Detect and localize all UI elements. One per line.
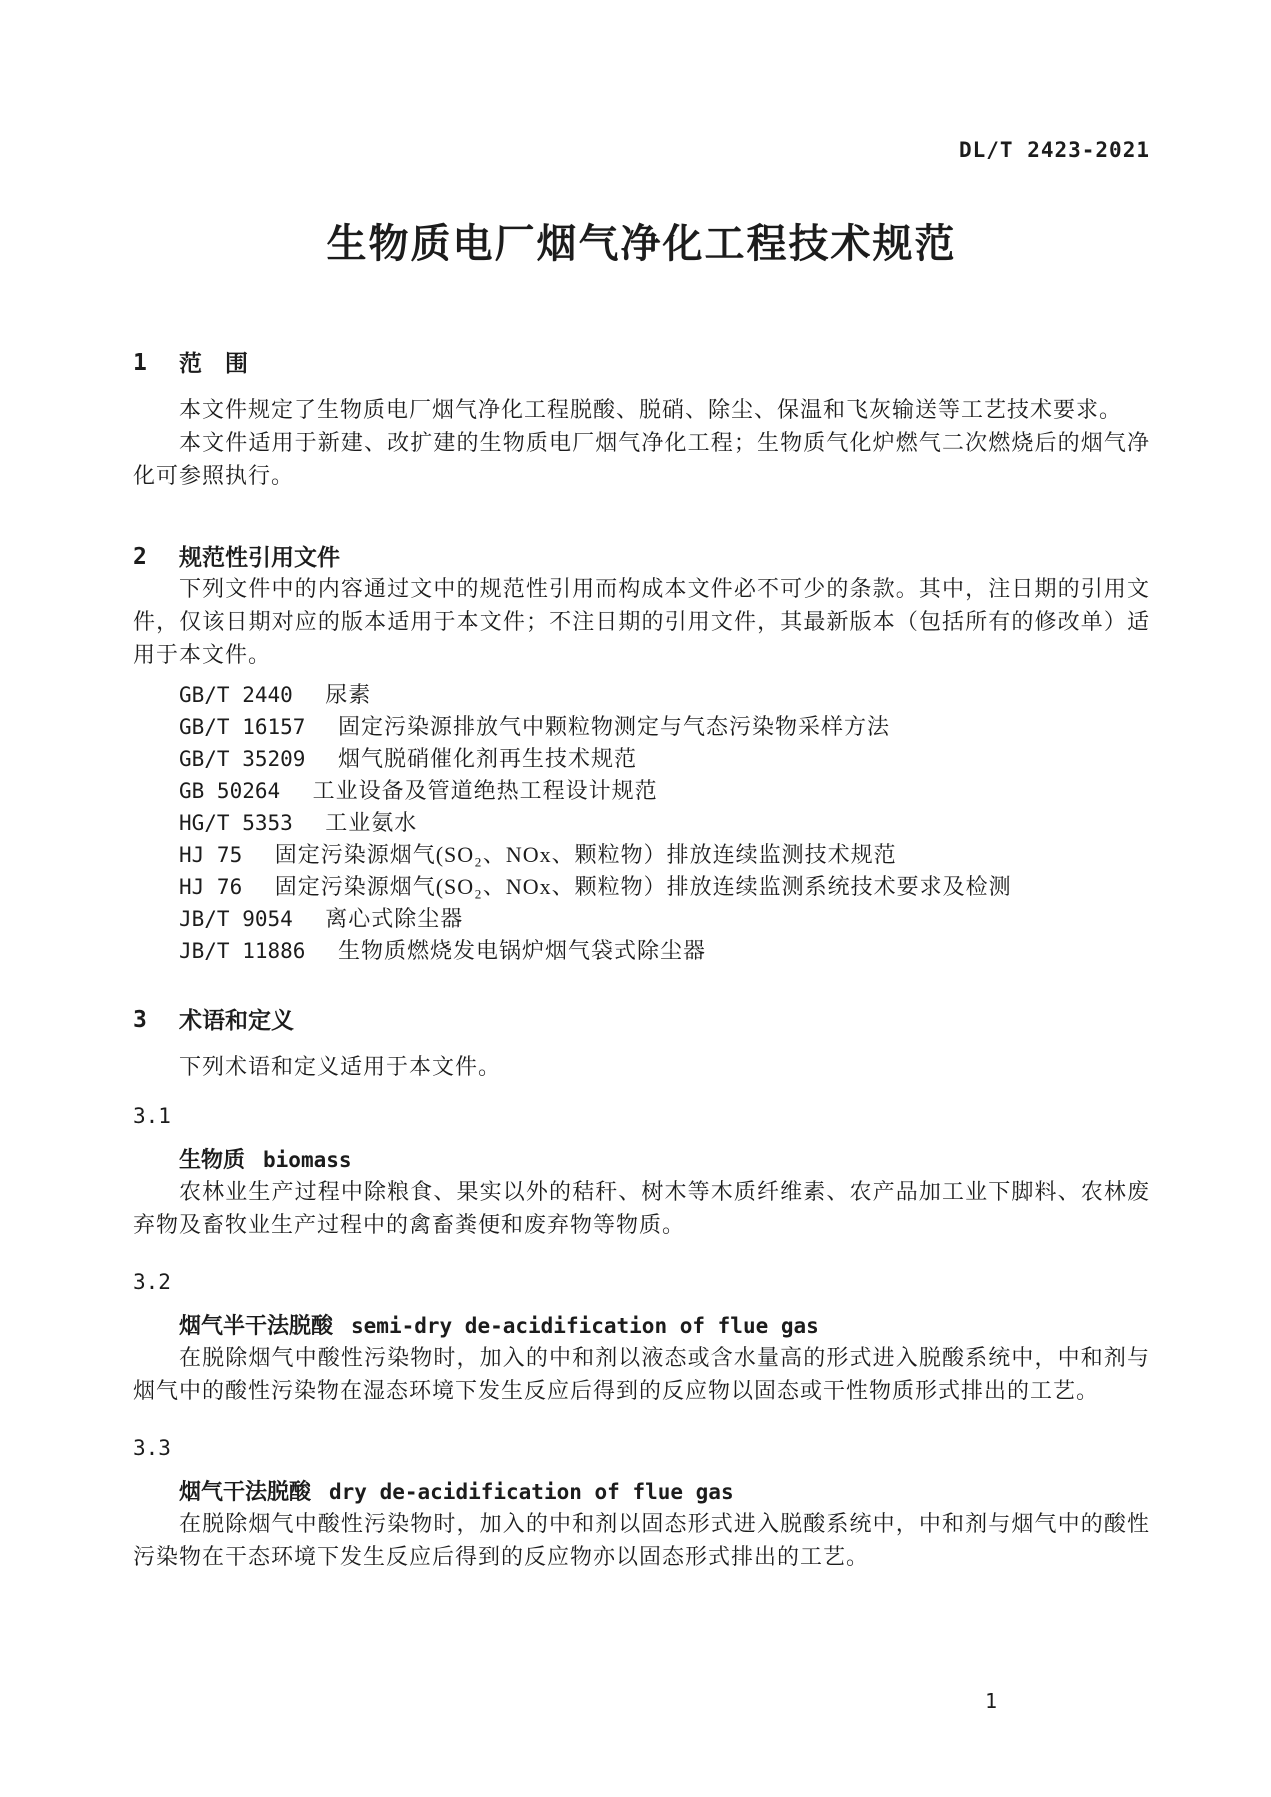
term-definition-block: 3.3 烟气干法脱酸dry de-acidification of flue g… xyxy=(133,1435,1150,1573)
reference-title: 工业设备及管道绝热工程设计规范 xyxy=(313,778,658,803)
term-name: 生物质biomass xyxy=(133,1145,1150,1175)
section-terms-definitions: 3 术语和定义 下列术语和定义适用于本文件。 3.1 生物质biomass 农林… xyxy=(133,1005,1150,1573)
reference-item: HJ 76 固定污染源烟气(SO₂、NOx、颗粒物）排放连续监测系统技术要求及检… xyxy=(179,871,1150,903)
reference-code: HJ 76 xyxy=(179,875,242,899)
term-name: 烟气半干法脱酸semi-dry de-acidification of flue… xyxy=(133,1311,1150,1341)
scope-paragraph: 本文件适用于新建、改扩建的生物质电厂烟气净化工程；生物质气化炉燃气二次燃烧后的烟… xyxy=(133,426,1150,492)
term-name-en: biomass xyxy=(263,1148,352,1172)
term-number: 3.1 xyxy=(133,1103,1150,1129)
term-name-zh: 烟气干法脱酸 xyxy=(179,1479,311,1504)
document-header: DL/T 2423-2021 xyxy=(133,0,1150,162)
section-scope-heading: 1 范 围 xyxy=(133,348,1150,378)
terms-list: 3.1 生物质biomass 农林业生产过程中除粮食、果实以外的秸秆、树木等木质… xyxy=(133,1103,1150,1573)
reference-title: 烟气脱硝催化剂再生技术规范 xyxy=(338,746,637,771)
reference-title: 固定污染源烟气(SO₂、NOx、颗粒物）排放连续监测技术规范 xyxy=(275,842,897,867)
standard-number: DL/T 2423-2021 xyxy=(959,138,1150,162)
reference-item: JB/T 9054 离心式除尘器 xyxy=(179,903,1150,935)
section-scope: 1 范 围 本文件规定了生物质电厂烟气净化工程脱酸、脱硝、除尘、保温和飞灰输送等… xyxy=(133,348,1150,492)
section-number: 3 xyxy=(133,1005,179,1035)
page-number: 1 xyxy=(985,1688,997,1714)
reference-title: 工业氨水 xyxy=(325,810,417,835)
reference-item: HG/T 5353 工业氨水 xyxy=(179,807,1150,839)
references-intro: 下列文件中的内容通过文中的规范性引用而构成本文件必不可少的条款。其中，注日期的引… xyxy=(133,572,1150,671)
section-references-heading: 2 规范性引用文件 xyxy=(133,542,1150,572)
term-number: 3.2 xyxy=(133,1269,1150,1295)
reference-code: HJ 75 xyxy=(179,843,242,867)
reference-code: JB/T 9054 xyxy=(179,907,293,931)
section-heading-text: 范 围 xyxy=(179,348,248,378)
term-definition-block: 3.2 烟气半干法脱酸semi-dry de-acidification of … xyxy=(133,1269,1150,1407)
reference-item: GB 50264 工业设备及管道绝热工程设计规范 xyxy=(179,775,1150,807)
reference-item: GB/T 35209 烟气脱硝催化剂再生技术规范 xyxy=(179,743,1150,775)
reference-item: HJ 75 固定污染源烟气(SO₂、NOx、颗粒物）排放连续监测技术规范 xyxy=(179,839,1150,871)
scope-paragraph: 本文件规定了生物质电厂烟气净化工程脱酸、脱硝、除尘、保温和飞灰输送等工艺技术要求… xyxy=(133,393,1150,426)
reference-code: GB/T 2440 xyxy=(179,683,293,707)
page-title: 生物质电厂烟气净化工程技术规范 xyxy=(133,218,1150,270)
reference-code: GB/T 16157 xyxy=(179,715,305,739)
reference-item: JB/T 11886 生物质燃烧发电锅炉烟气袋式除尘器 xyxy=(179,935,1150,967)
term-definition-block: 3.1 生物质biomass 农林业生产过程中除粮食、果实以外的秸秆、树木等木质… xyxy=(133,1103,1150,1241)
reference-code: GB 50264 xyxy=(179,779,280,803)
reference-code: HG/T 5353 xyxy=(179,811,293,835)
term-number: 3.3 xyxy=(133,1435,1150,1461)
term-name-en: dry de-acidification of flue gas xyxy=(329,1480,734,1504)
reference-list: GB/T 2440 尿素 GB/T 16157 固定污染源排放气中颗粒物测定与气… xyxy=(133,679,1150,967)
section-heading-text: 术语和定义 xyxy=(179,1005,294,1035)
document-page: DL/T 2423-2021 生物质电厂烟气净化工程技术规范 1 范 围 本文件… xyxy=(0,0,1271,1797)
term-definition: 在脱除烟气中酸性污染物时，加入的中和剂以液态或含水量高的形式进入脱酸系统中，中和… xyxy=(133,1341,1150,1407)
reference-item: GB/T 2440 尿素 xyxy=(179,679,1150,711)
section-number: 1 xyxy=(133,348,179,378)
term-name: 烟气干法脱酸dry de-acidification of flue gas xyxy=(133,1477,1150,1507)
section-heading-text: 规范性引用文件 xyxy=(179,542,340,572)
reference-title: 固定污染源排放气中颗粒物测定与气态污染物采样方法 xyxy=(338,714,890,739)
term-name-zh: 烟气半干法脱酸 xyxy=(179,1313,333,1338)
reference-title: 固定污染源烟气(SO₂、NOx、颗粒物）排放连续监测系统技术要求及检测 xyxy=(275,874,1012,899)
term-definition: 在脱除烟气中酸性污染物时，加入的中和剂以固态形式进入脱酸系统中，中和剂与烟气中的… xyxy=(133,1507,1150,1573)
reference-code: GB/T 35209 xyxy=(179,747,305,771)
term-name-en: semi-dry de-acidification of flue gas xyxy=(351,1314,819,1338)
section-normative-references: 2 规范性引用文件 下列文件中的内容通过文中的规范性引用而构成本文件必不可少的条… xyxy=(133,542,1150,967)
section-number: 2 xyxy=(133,542,179,572)
reference-code: JB/T 11886 xyxy=(179,939,305,963)
term-name-zh: 生物质 xyxy=(179,1147,245,1172)
reference-title: 尿素 xyxy=(325,682,371,707)
term-definition: 农林业生产过程中除粮食、果实以外的秸秆、树木等木质纤维素、农产品加工业下脚料、农… xyxy=(133,1175,1150,1241)
section-terms-heading: 3 术语和定义 xyxy=(133,1005,1150,1035)
reference-title: 生物质燃烧发电锅炉烟气袋式除尘器 xyxy=(338,938,706,963)
reference-item: GB/T 16157 固定污染源排放气中颗粒物测定与气态污染物采样方法 xyxy=(179,711,1150,743)
terms-intro: 下列术语和定义适用于本文件。 xyxy=(133,1050,1150,1083)
reference-title: 离心式除尘器 xyxy=(325,906,463,931)
